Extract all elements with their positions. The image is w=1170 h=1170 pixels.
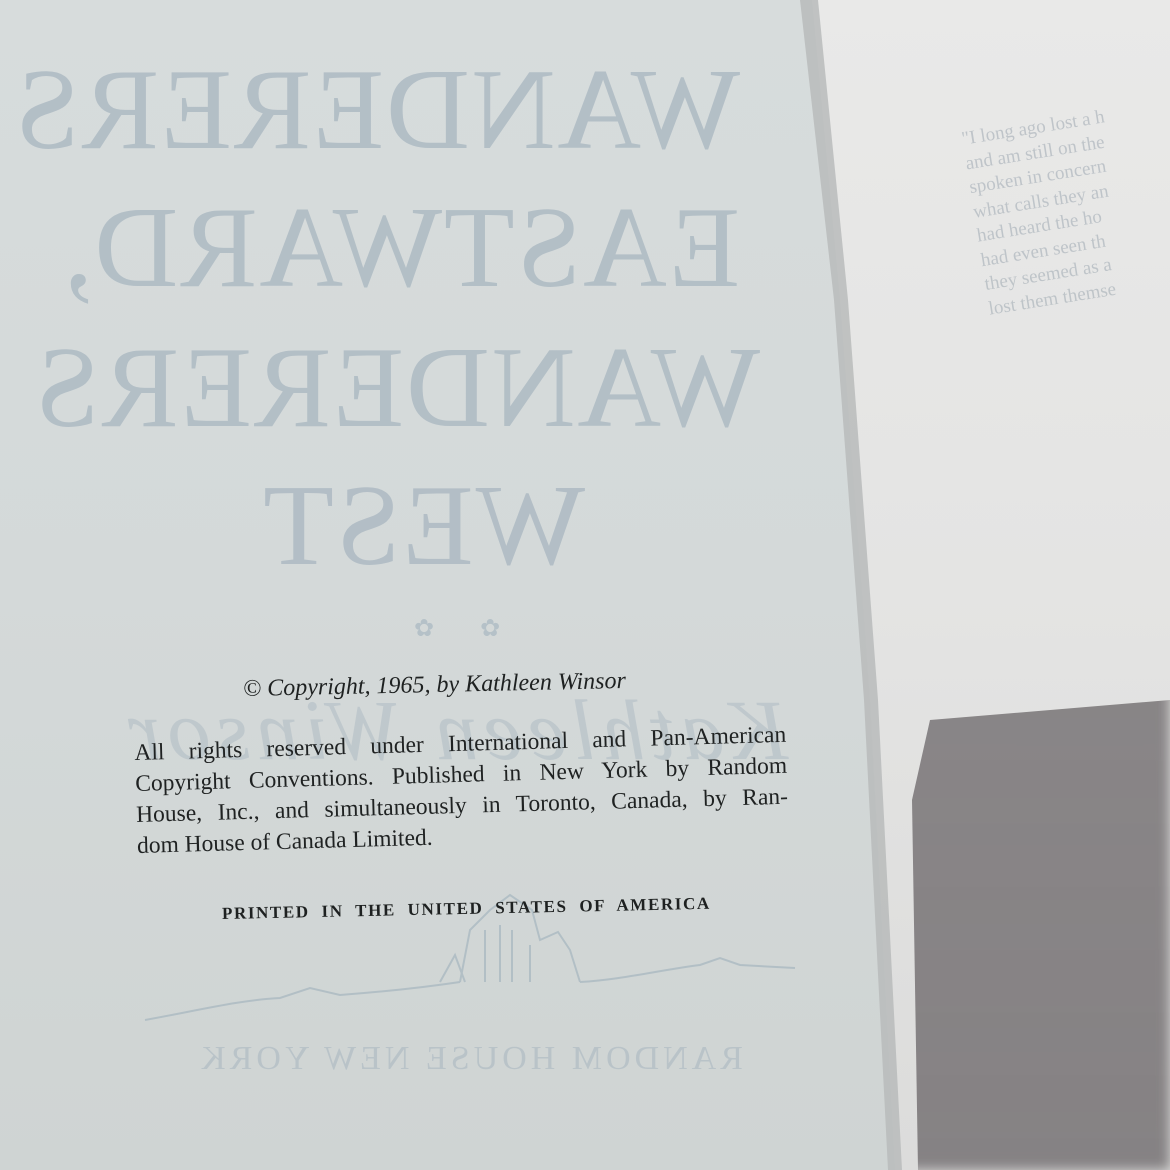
rights-paragraph: All rights reserved under International … — [134, 720, 789, 862]
flower-ornament-icon: ✿ ✿ — [414, 614, 520, 643]
facing-page-text: "I long ago lost a h and am still on the… — [960, 87, 1170, 321]
bleed-title-line-1: WANDERERS — [100, 52, 740, 168]
bleed-title-line-2: EASTWARD, — [160, 190, 740, 306]
bleed-title-line-3: WANDERERS — [110, 330, 760, 446]
bleed-publisher-line: RANDOM HOUSE NEW YORK — [170, 1040, 770, 1078]
bleed-title-line-4: WEST — [285, 468, 585, 584]
